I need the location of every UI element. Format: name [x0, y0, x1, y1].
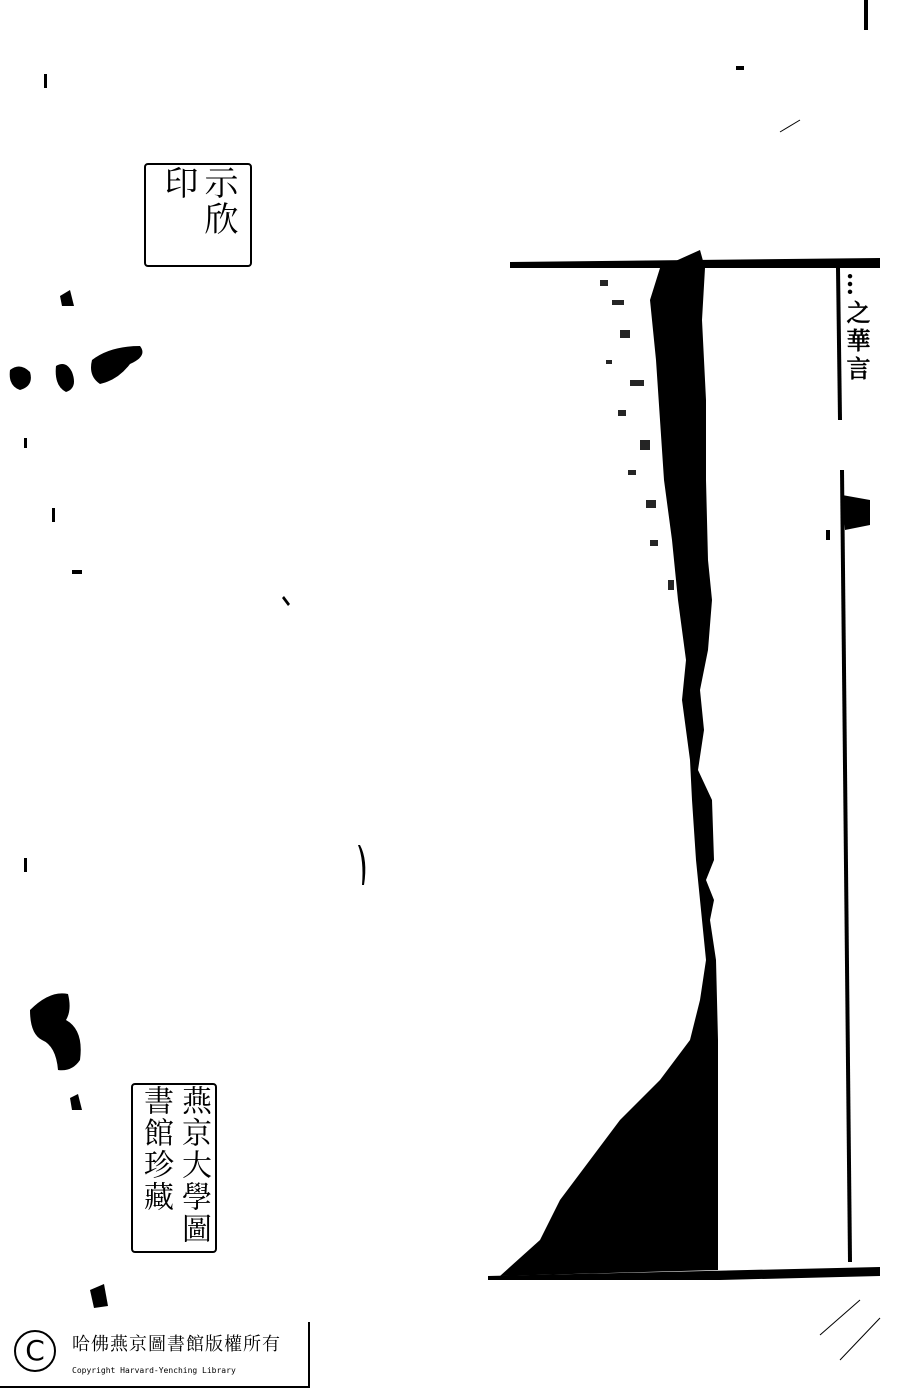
copyright-notice: C 哈佛燕京圖書館版權所有 Copyright Harvard-Yenching…	[0, 1322, 310, 1388]
title-slip: …之華言	[848, 272, 874, 384]
collector-seal-top: 示欣印	[144, 163, 252, 267]
frame-line-right-lower	[840, 470, 852, 1262]
scanned-page: 示欣印 燕京大學圖書館珍藏 …之華言 C 哈佛燕京圖書館版權所有 Copyrig…	[0, 0, 900, 1395]
seal-text: 燕京大學圖書館珍藏	[136, 1085, 212, 1251]
library-seal-bottom: 燕京大學圖書館珍藏	[131, 1083, 217, 1253]
seal-text: 示欣印	[158, 165, 238, 265]
spine-shadow	[500, 250, 718, 1276]
slip-wedge	[842, 495, 870, 530]
copyright-english: Copyright Harvard-Yenching Library	[72, 1366, 236, 1375]
copyright-chinese: 哈佛燕京圖書館版權所有	[72, 1330, 281, 1356]
top-right-line	[864, 0, 868, 30]
title-slip-text: …之華言	[842, 272, 871, 384]
copyright-icon: C	[14, 1330, 56, 1372]
